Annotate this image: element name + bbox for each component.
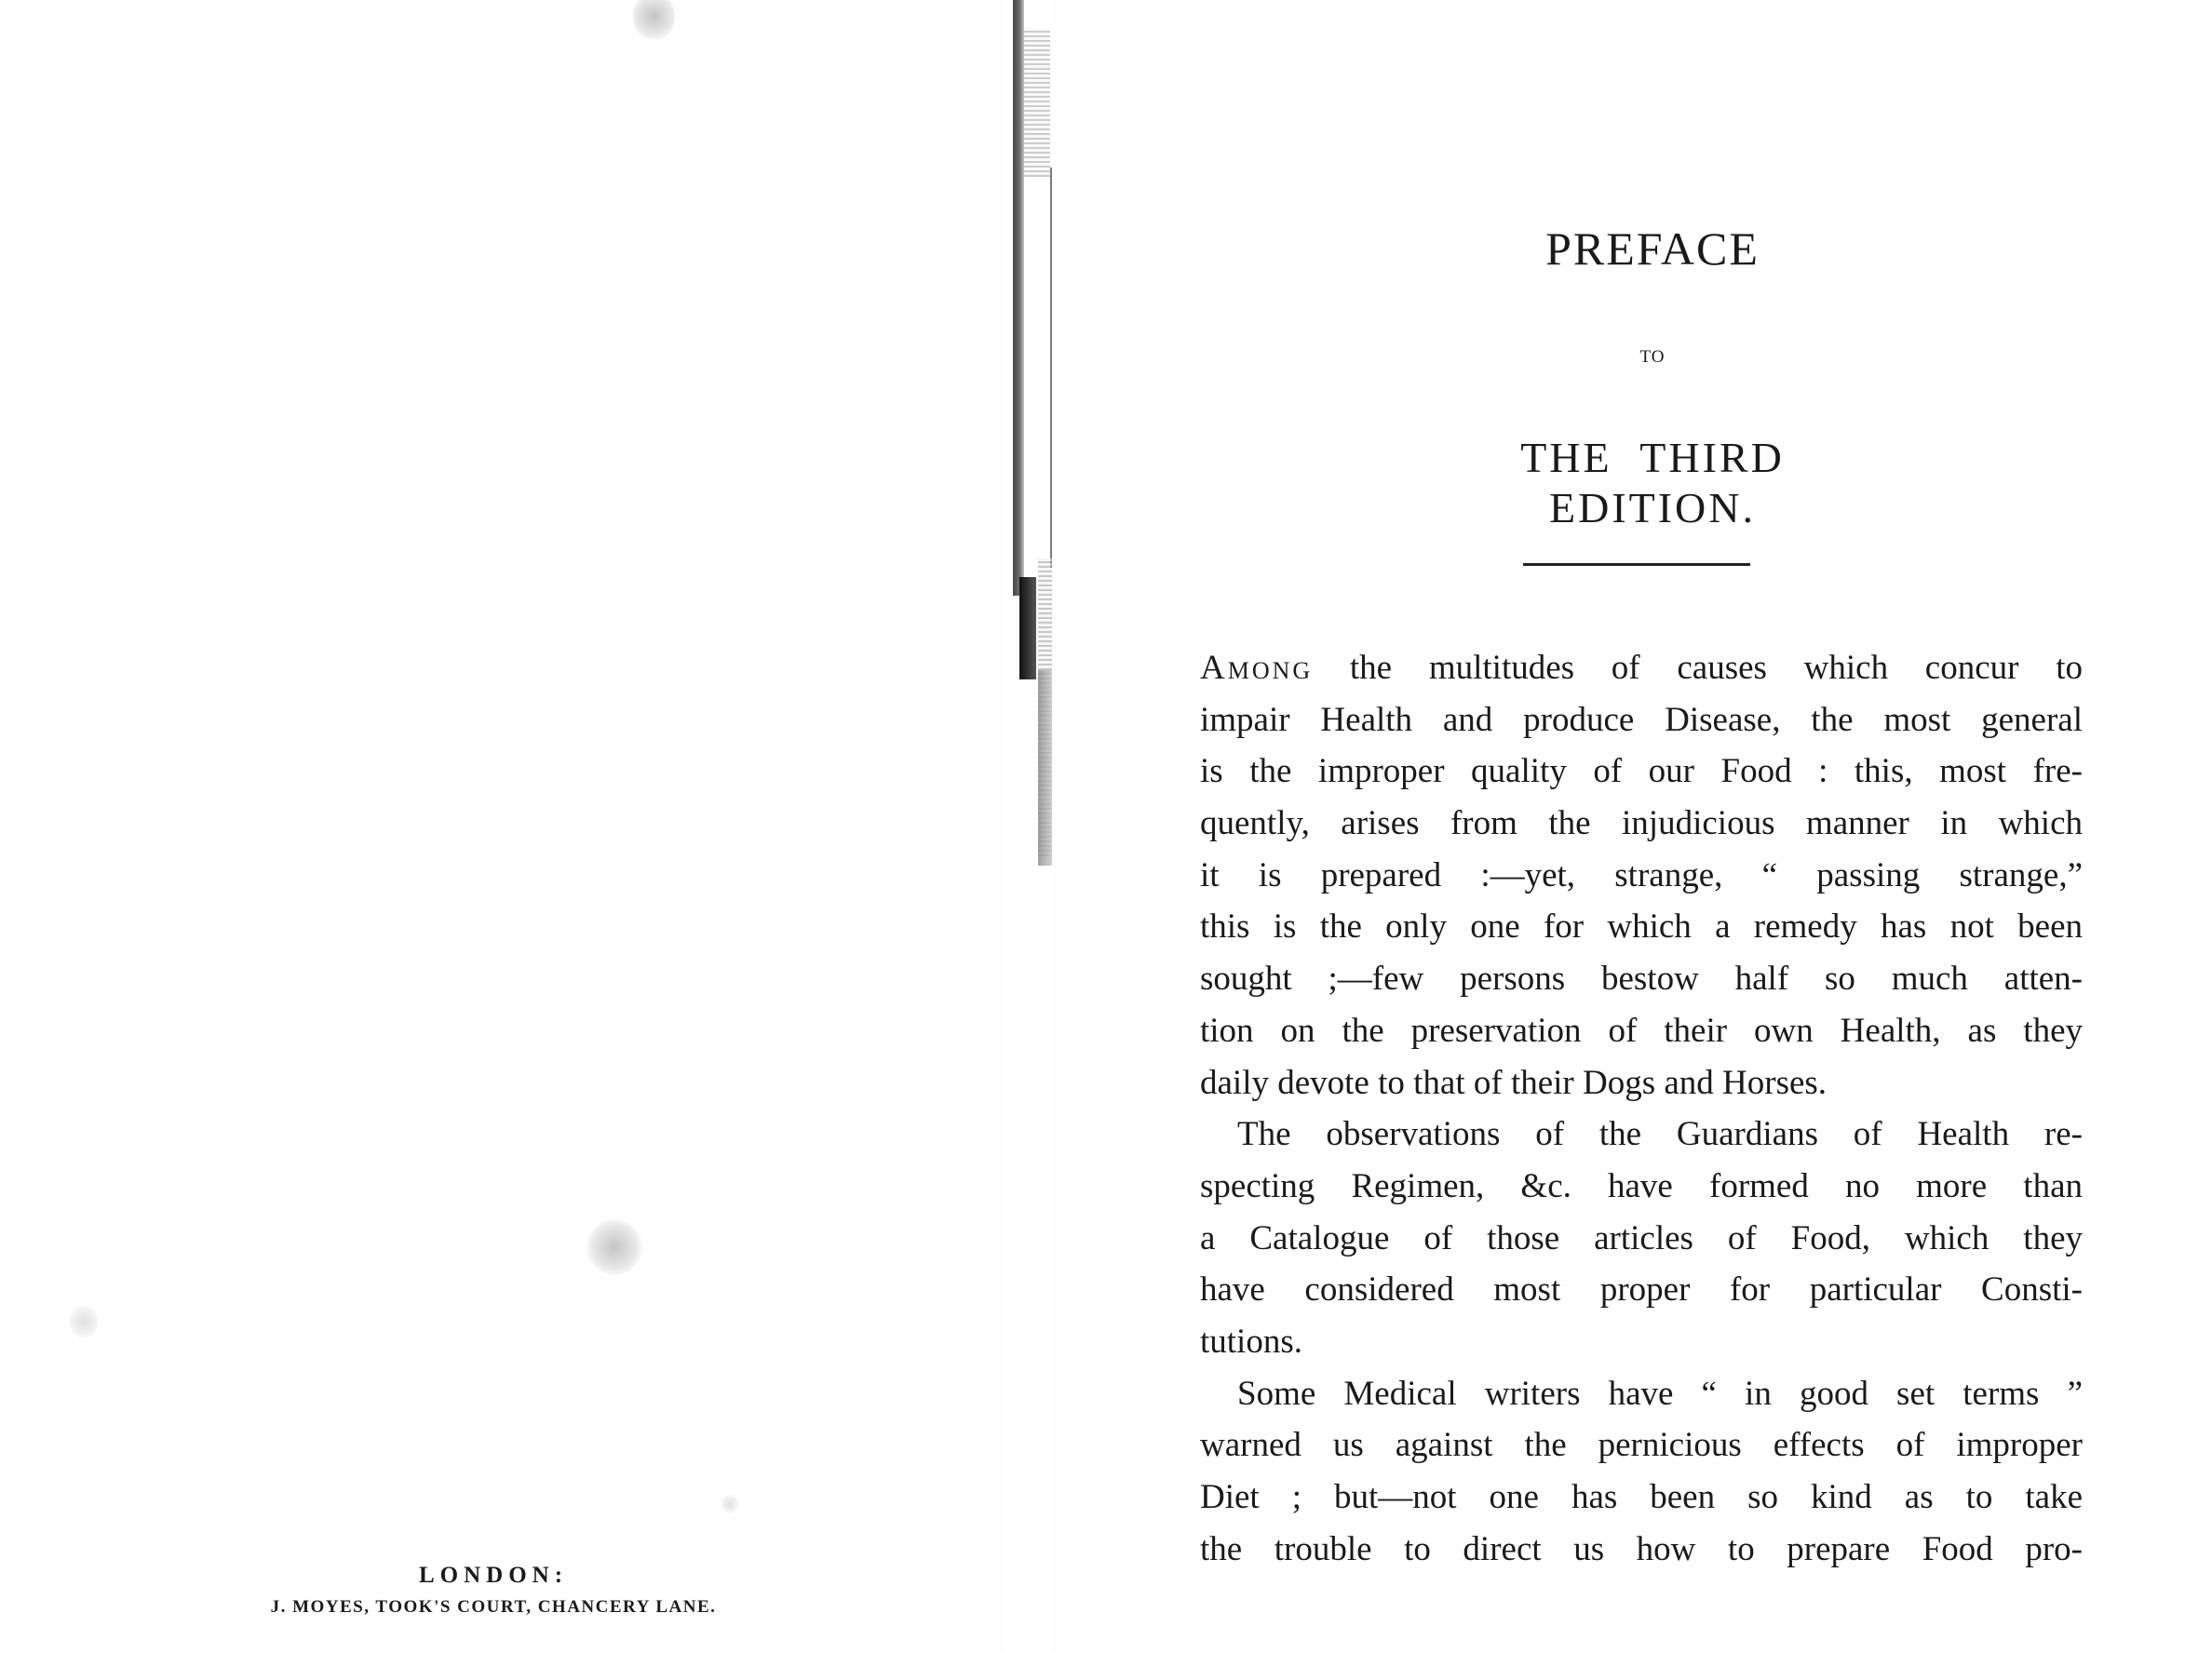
- imprint: LONDON: J. MOYES, TOOK'S COURT, CHANCERY…: [214, 1562, 773, 1621]
- text-line: Diet ; but—not one has been so kind as t…: [1200, 1472, 2083, 1524]
- page-subtitle: THE THIRD EDITION.: [1415, 433, 1890, 533]
- preface-body: Among the multitudes of causes which con…: [1200, 642, 2083, 1575]
- text-line: The observations of the Guardians of Hea…: [1200, 1109, 2083, 1161]
- stain-mark: [587, 1219, 642, 1275]
- text-line: this is the only one for which a remedy …: [1200, 901, 2083, 953]
- text-line: Some Medical writers have “ in good set …: [1200, 1368, 2083, 1420]
- imprint-city: LONDON:: [214, 1562, 773, 1590]
- text-line: impair Health and produce Disease, the m…: [1200, 694, 2083, 746]
- text-line: a Catalogue of those articles of Food, w…: [1200, 1213, 2083, 1265]
- text-line: it is prepared :—yet, strange, “ passing…: [1200, 850, 2083, 902]
- imprint-publisher: J. MOYES, TOOK'S COURT, CHANCERY LANE.: [214, 1593, 773, 1621]
- text-line: Among the multitudes of causes which con…: [1200, 642, 2083, 694]
- lead-word: Among: [1200, 649, 1313, 687]
- text-line: tion on the preservation of their own He…: [1200, 1005, 2083, 1057]
- stain-mark: [633, 0, 675, 42]
- binding-shadow: [1013, 0, 1024, 596]
- binding-cloth: [1024, 28, 1050, 177]
- stain-mark: [70, 1303, 98, 1340]
- page-title: PREFACE: [1415, 223, 1890, 274]
- binding-tear: [1038, 670, 1053, 866]
- binding-tear: [1019, 577, 1036, 679]
- stain-mark: [722, 1494, 738, 1514]
- text-line: quently, arises from the injudicious man…: [1200, 798, 2083, 850]
- section-rule: [1523, 563, 1750, 566]
- text-line: have considered most proper for particul…: [1200, 1264, 2083, 1316]
- text-line: daily devote to that of their Dogs and H…: [1200, 1057, 2083, 1109]
- text-line: sought ;—few persons bestow half so much…: [1200, 953, 2083, 1005]
- text-line: specting Regimen, &c. have formed no mor…: [1200, 1161, 2083, 1213]
- text-line: warned us against the pernicious effects…: [1200, 1419, 2083, 1472]
- text-line: is the improper quality of our Food : th…: [1200, 746, 2083, 798]
- text-line: tutions.: [1200, 1316, 2083, 1368]
- left-page: LONDON: J. MOYES, TOOK'S COURT, CHANCERY…: [0, 0, 1005, 1653]
- title-connector: TO: [1415, 346, 1890, 369]
- text-line: the trouble to direct us how to prepare …: [1200, 1524, 2083, 1576]
